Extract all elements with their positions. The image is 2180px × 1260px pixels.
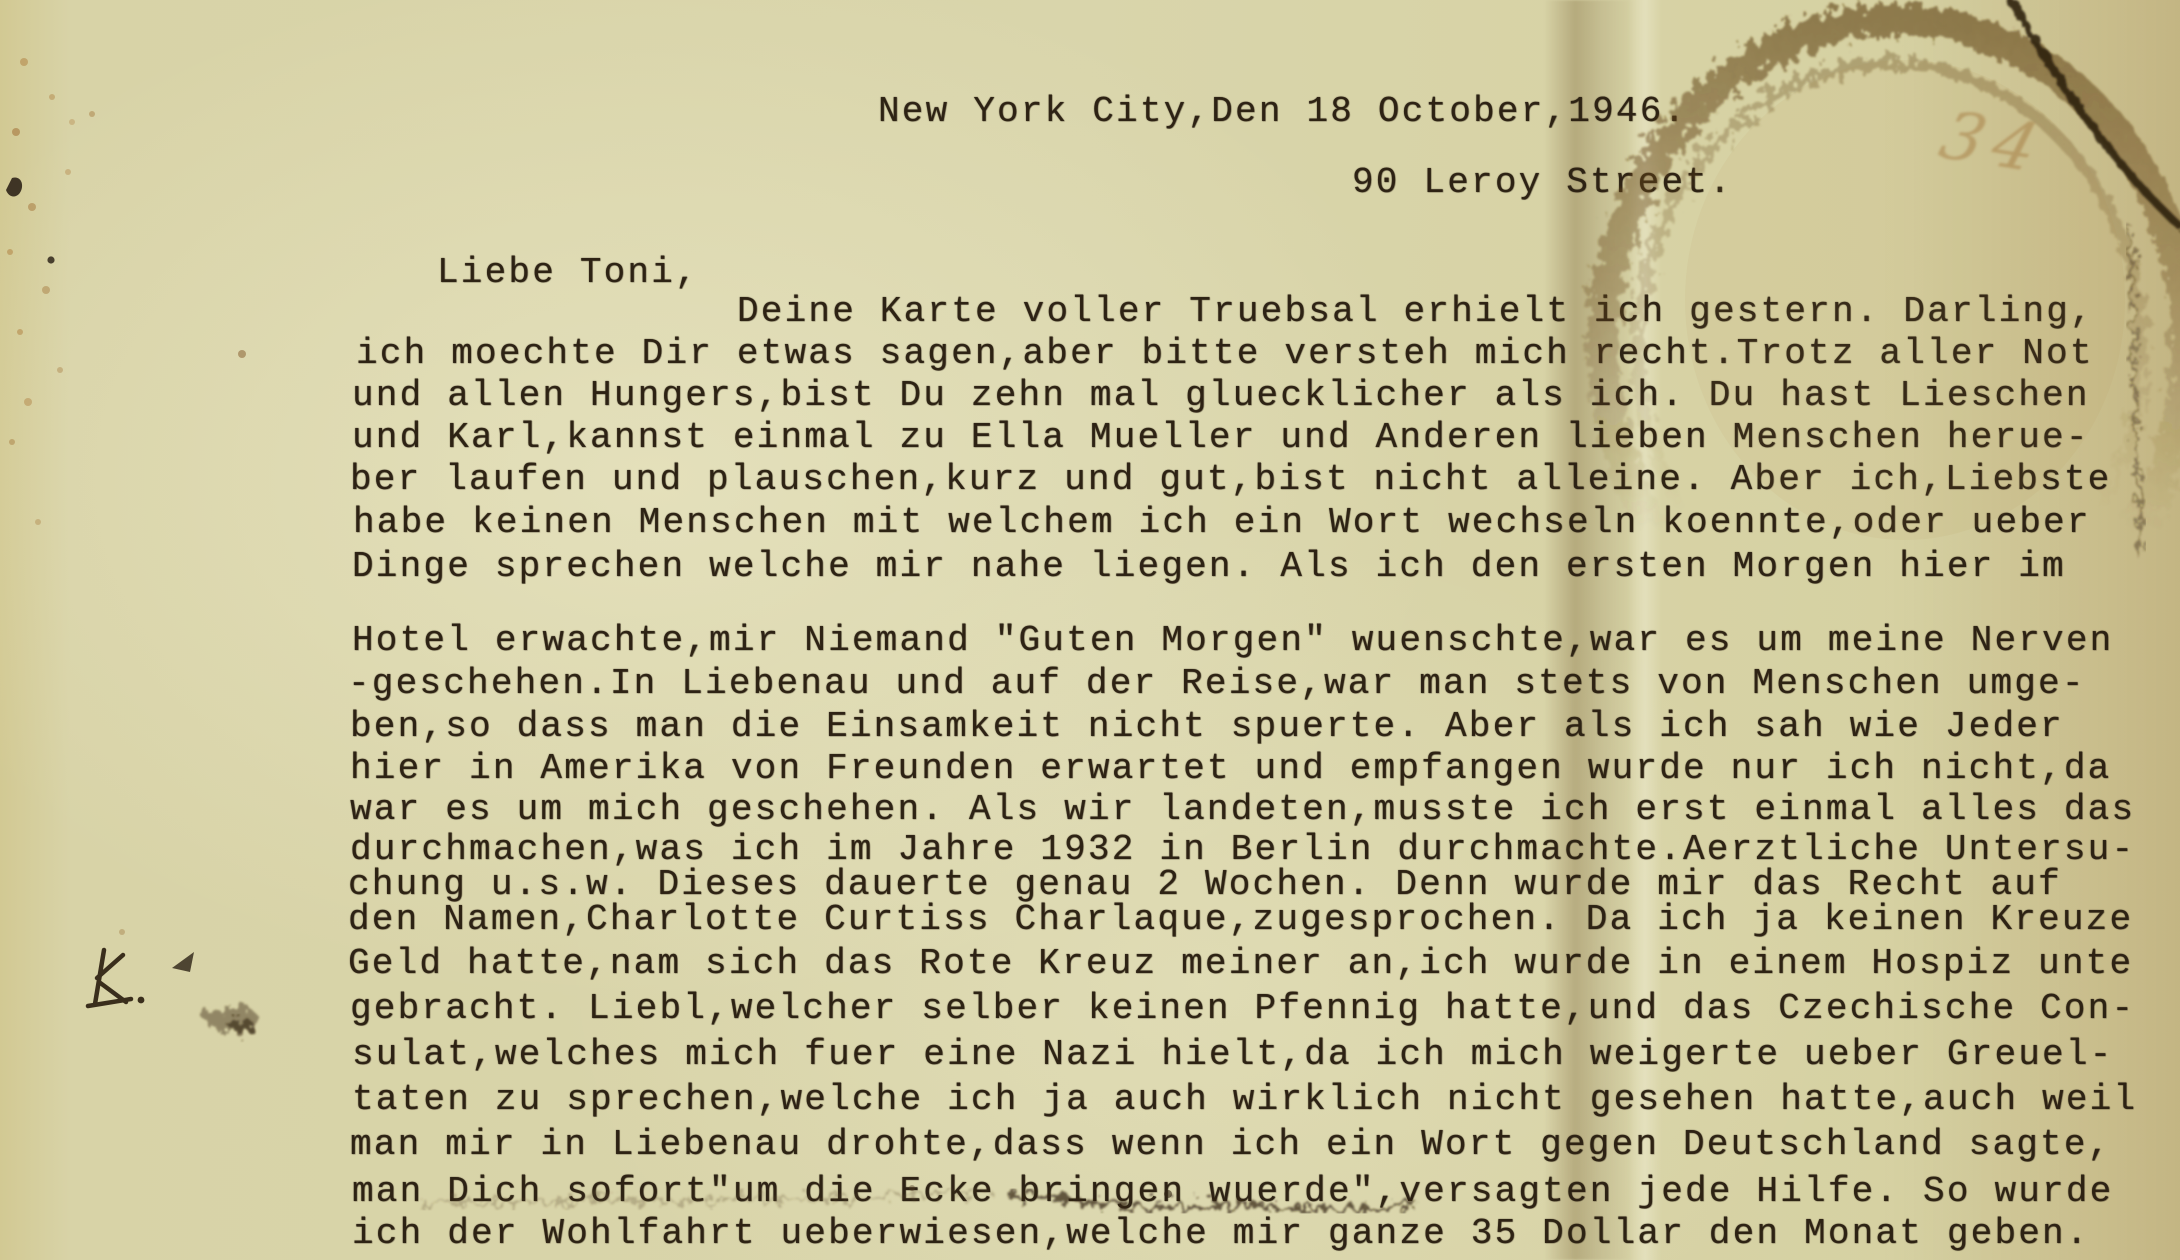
letter-line: man Dich sofort"um die Ecke bringen wuer… — [352, 1174, 2113, 1210]
letter-line: durchmachen,was ich im Jahre 1932 in Ber… — [350, 832, 2135, 868]
letter-line: hier in Amerika von Freunden erwartet un… — [350, 751, 2111, 787]
scanned-letter: New York City,Den 18 October,1946. 90 Le… — [0, 0, 2180, 1260]
letter-line: und allen Hungers,bist Du zehn mal gluec… — [352, 378, 2090, 414]
letter-line: Dinge sprechen welche mir nahe liegen. A… — [352, 549, 2066, 585]
letter-dateline: New York City,Den 18 October,1946. — [878, 94, 1687, 130]
ink-smudge — [6, 178, 259, 1034]
edge-speckles — [0, 0, 4, 4]
letter-line: Deine Karte voller Truebsal erhielt ich … — [737, 294, 2094, 330]
letter-line: man mir in Liebenau drohte,dass wenn ich… — [350, 1127, 2111, 1163]
letter-line: sulat,welches mich fuer eine Nazi hielt,… — [352, 1037, 2113, 1073]
letter-line: ich der Wohlfahrt ueberwiesen,welche mir… — [352, 1216, 2090, 1252]
letter-line: war es um mich geschehen. Als wir landet… — [350, 792, 2135, 828]
letter-line: gebracht. Liebl,welcher selber keinen Pf… — [350, 991, 2135, 1027]
letter-line: den Namen,Charlotte Curtiss Charlaque,zu… — [348, 902, 2133, 938]
letter-salutation: Liebe Toni, — [437, 255, 699, 291]
letter-line: und Karl,kannst einmal zu Ella Mueller u… — [352, 420, 2090, 456]
letter-line: ber laufen und plauschen,kurz und gut,bi… — [350, 462, 2111, 498]
letter-line: ben,so dass man die Einsamkeit nicht spu… — [350, 709, 2064, 745]
letter-line: chung u.s.w. Dieses dauerte genau 2 Woch… — [348, 867, 2062, 903]
letter-line: -geschehen.In Liebenau und auf der Reise… — [348, 666, 2086, 702]
letter-line: Geld hatte,nam sich das Rote Kreuz meine… — [348, 946, 2133, 982]
margin-scribble — [88, 950, 194, 1006]
pencil-page-number: 34 — [1932, 97, 2056, 188]
letter-line: Hotel erwachte,mir Niemand "Guten Morgen… — [352, 623, 2113, 659]
letter-address: 90 Leroy Street. — [1352, 165, 1733, 201]
letter-line: habe keinen Menschen mit welchem ich ein… — [353, 505, 2091, 541]
letter-line: taten zu sprechen,welche ich ja auch wir… — [352, 1082, 2137, 1118]
letter-line: ich moechte Dir etwas sagen,aber bitte v… — [356, 336, 2094, 372]
